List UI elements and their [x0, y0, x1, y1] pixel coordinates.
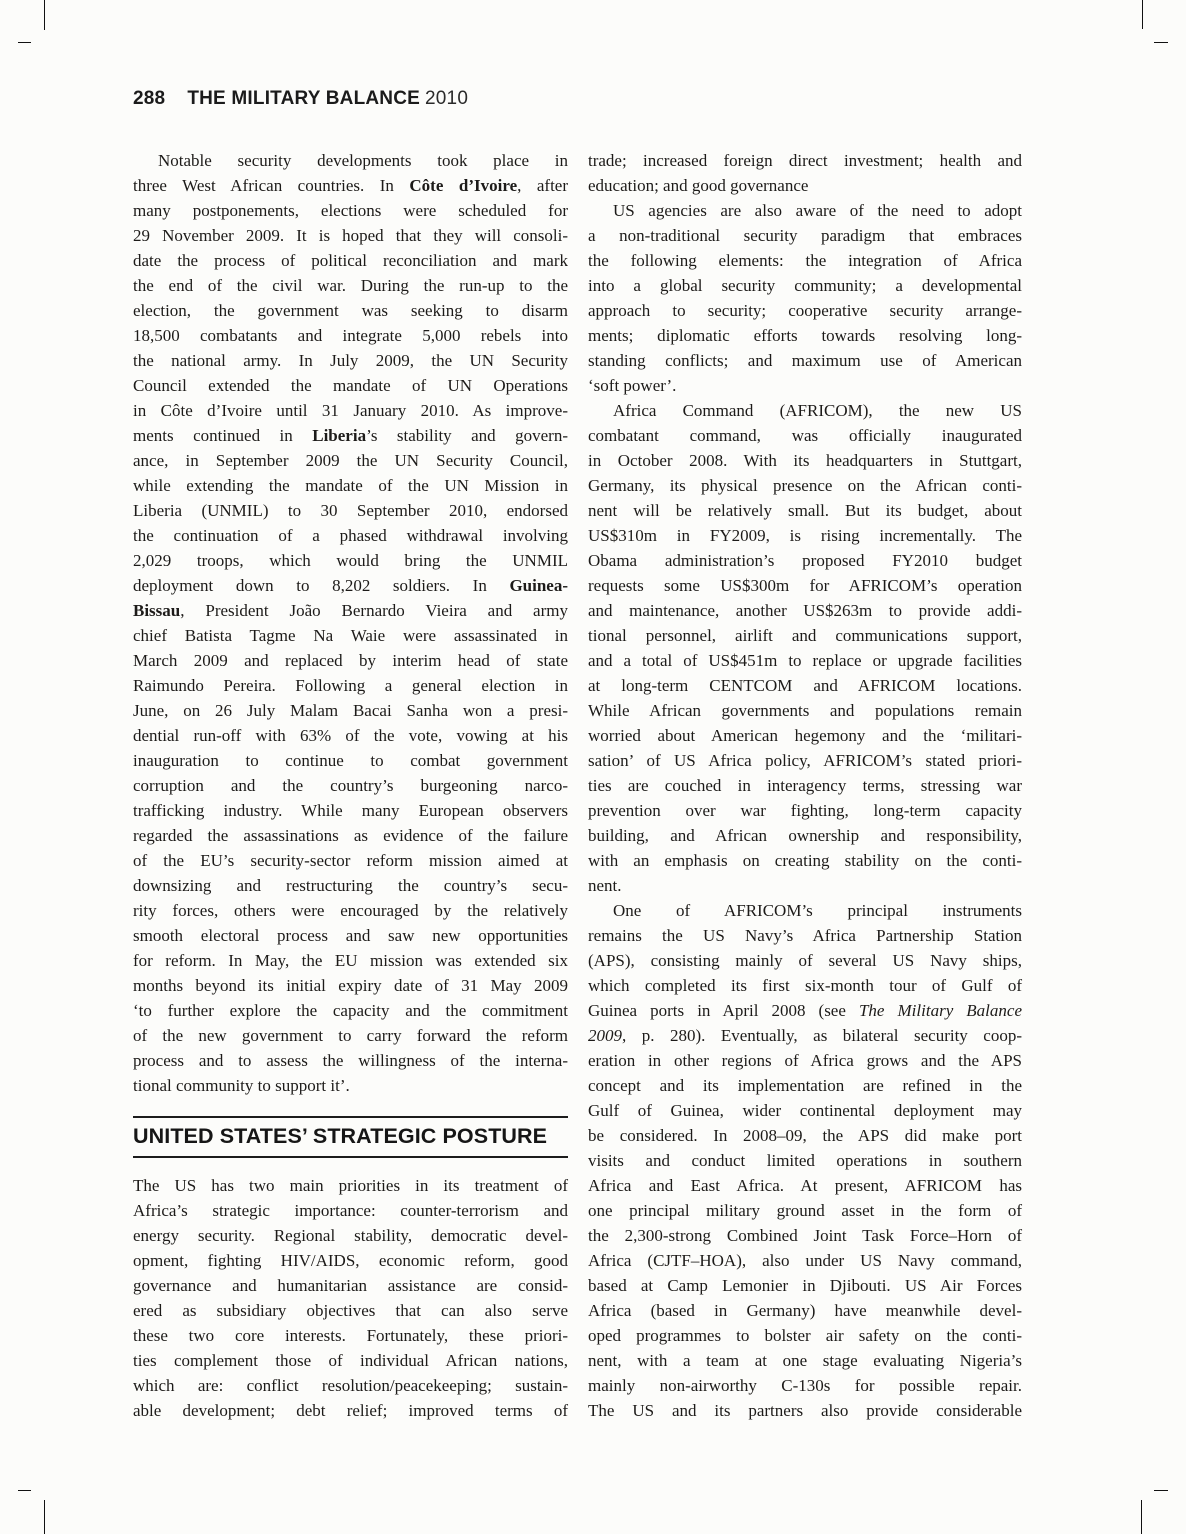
- text-line: US$310m in FY2009, is rising incremental…: [588, 523, 1022, 548]
- text-line: for reform. In May, the EU mission was e…: [133, 948, 568, 973]
- text-line: many postponements, elections were sched…: [133, 198, 568, 223]
- text-line: building, and African ownership and resp…: [588, 823, 1022, 848]
- text-line: prevention over war fighting, long-term …: [588, 798, 1022, 823]
- text-line: One of AFRICOM’s principal instruments: [588, 898, 1022, 923]
- text-line: 29 November 2009. It is hoped that they …: [133, 223, 568, 248]
- crop-mark-bottom-right-vertical: [1141, 1500, 1142, 1534]
- text-line: ‘to further explore the capacity and the…: [133, 998, 568, 1023]
- text-line: ties are couched in interagency terms, s…: [588, 773, 1022, 798]
- text-line: US agencies are also aware of the need t…: [588, 198, 1022, 223]
- text-line: Bissau, President João Bernardo Vieira a…: [133, 598, 568, 623]
- text-line: be considered. In 2008–09, the APS did m…: [588, 1123, 1022, 1148]
- text-line: into a global security community; a deve…: [588, 273, 1022, 298]
- text-line: eration in other regions of Africa grows…: [588, 1048, 1022, 1073]
- crop-mark-top-right-vertical: [1142, 0, 1143, 29]
- text-line: these two core interests. Fortunately, t…: [133, 1323, 568, 1348]
- text-line: opment, fighting HIV/AIDS, economic refo…: [133, 1248, 568, 1273]
- text-line: election, the government was seeking to …: [133, 298, 568, 323]
- text-line: (APS), consisting mainly of several US N…: [588, 948, 1022, 973]
- crop-mark-bottom-left-horizontal: [18, 1490, 31, 1491]
- text-line: concept and its implementation are refin…: [588, 1073, 1022, 1098]
- text-line: in Côte d’Ivoire until 31 January 2010. …: [133, 398, 568, 423]
- book-year: 2010: [425, 88, 468, 109]
- text-line: Council extended the mandate of UN Opera…: [133, 373, 568, 398]
- crop-mark-bottom-right-horizontal: [1154, 1490, 1168, 1491]
- text-line: Africa (based in Germany) have meanwhile…: [588, 1298, 1022, 1323]
- text-line: three West African countries. In Côte d’…: [133, 173, 568, 198]
- text-line: chief Batista Tagme Na Waie were assassi…: [133, 623, 568, 648]
- text-line: ered as subsidiary objectives that can a…: [133, 1298, 568, 1323]
- text-line: The US has two main priorities in its tr…: [133, 1173, 568, 1198]
- text-line: While African governments and population…: [588, 698, 1022, 723]
- text-line: Germany, its physical presence on the Af…: [588, 473, 1022, 498]
- text-line: standing conflicts; and maximum use of A…: [588, 348, 1022, 373]
- text-line: with an emphasis on creating stability o…: [588, 848, 1022, 873]
- text-line: of the EU’s security-sector reform missi…: [133, 848, 568, 873]
- text-line: visits and conduct limited operations in…: [588, 1148, 1022, 1173]
- text-line: trade; increased foreign direct investme…: [588, 148, 1022, 173]
- text-line: June, on 26 July Malam Bacai Sanha won a…: [133, 698, 568, 723]
- text-line: nent.: [588, 873, 1022, 898]
- text-line: while extending the mandate of the UN Mi…: [133, 473, 568, 498]
- text-line: Africa Command (AFRICOM), the new US: [588, 398, 1022, 423]
- text-line: process and to assess the willingness of…: [133, 1048, 568, 1073]
- text-line: 2,029 troops, which would bring the UNMI…: [133, 548, 568, 573]
- text-line: Africa (CJTF–HOA), also under US Navy co…: [588, 1248, 1022, 1273]
- text-line: education; and good governance: [588, 173, 1022, 198]
- text-line: based at Camp Lemonier in Djibouti. US A…: [588, 1273, 1022, 1298]
- text-line: governance and humanitarian assistance a…: [133, 1273, 568, 1298]
- text-line: ments continued in Liberia’s stability a…: [133, 423, 568, 448]
- book-title: THE MILITARY BALANCE: [187, 88, 420, 109]
- text-line: able development; debt relief; improved …: [133, 1398, 568, 1423]
- crop-mark-top-left-horizontal: [18, 42, 31, 43]
- text-line: Africa’s strategic importance: counter-t…: [133, 1198, 568, 1223]
- text-line: ance, in September 2009 the UN Security …: [133, 448, 568, 473]
- text-line: inauguration to continue to combat gover…: [133, 748, 568, 773]
- text-line: date the process of political reconcilia…: [133, 248, 568, 273]
- text-line: oped programmes to bolster air safety on…: [588, 1323, 1022, 1348]
- crop-mark-bottom-left-vertical: [44, 1500, 45, 1534]
- text-line: Guinea ports in April 2008 (see The Mili…: [588, 998, 1022, 1023]
- text-line: requests some US$300m for AFRICOM’s oper…: [588, 573, 1022, 598]
- text-line: nent will be relatively small. But its b…: [588, 498, 1022, 523]
- text-line: ments; diplomatic efforts towards resolv…: [588, 323, 1022, 348]
- text-line: 18,500 combatants and integrate 5,000 re…: [133, 323, 568, 348]
- text-line: the following elements: the integration …: [588, 248, 1022, 273]
- text-line: smooth electoral process and saw new opp…: [133, 923, 568, 948]
- text-line: Notable security developments took place…: [133, 148, 568, 173]
- text-line: combatant command, was officially inaugu…: [588, 423, 1022, 448]
- text-line: deployment down to 8,202 soldiers. In Gu…: [133, 573, 568, 598]
- text-line: the 2,300-strong Combined Joint Task For…: [588, 1223, 1022, 1248]
- text-line: mainly non-airworthy C-130s for possible…: [588, 1373, 1022, 1398]
- page-number: 288: [133, 88, 165, 109]
- text-line: 2009, p. 280). Eventually, as bilateral …: [588, 1023, 1022, 1048]
- text-line: worried about American hegemony and the …: [588, 723, 1022, 748]
- text-line: energy security. Regional stability, dem…: [133, 1223, 568, 1248]
- text-line: at long-term CENTCOM and AFRICOM locatio…: [588, 673, 1022, 698]
- text-line: Raimundo Pereira. Following a general el…: [133, 673, 568, 698]
- text-line: the end of the civil war. During the run…: [133, 273, 568, 298]
- text-line: ‘soft power’.: [588, 373, 1022, 398]
- text-line: and maintenance, another US$263m to prov…: [588, 598, 1022, 623]
- text-line: Africa and East Africa. At present, AFRI…: [588, 1173, 1022, 1198]
- text-line: months beyond its initial expiry date of…: [133, 973, 568, 998]
- text-line: and a total of US$451m to replace or upg…: [588, 648, 1022, 673]
- section-heading: UNITED STATES’ STRATEGIC POSTURE: [133, 1116, 568, 1158]
- text-line: the national army. In July 2009, the UN …: [133, 348, 568, 373]
- text-line: rity forces, others were encouraged by t…: [133, 898, 568, 923]
- left-column: Notable security developments took place…: [133, 148, 568, 1423]
- text-line: Obama administration’s proposed FY2010 b…: [588, 548, 1022, 573]
- text-line: which completed its first six-month tour…: [588, 973, 1022, 998]
- text-line: which are: conflict resolution/peacekeep…: [133, 1373, 568, 1398]
- text-line: remains the US Navy’s Africa Partnership…: [588, 923, 1022, 948]
- text-line: approach to security; cooperative securi…: [588, 298, 1022, 323]
- text-line: one principal military ground asset in t…: [588, 1198, 1022, 1223]
- text-line: sation’ of US Africa policy, AFRICOM’s s…: [588, 748, 1022, 773]
- text-line: a non-traditional security paradigm that…: [588, 223, 1022, 248]
- right-column: trade; increased foreign direct investme…: [588, 148, 1022, 1423]
- crop-mark-top-right-horizontal: [1154, 42, 1168, 43]
- text-line: downsizing and restructuring the country…: [133, 873, 568, 898]
- running-header: 288THE MILITARY BALANCE2010: [133, 88, 468, 110]
- text-line: ties complement those of individual Afri…: [133, 1348, 568, 1373]
- crop-mark-top-left-vertical: [44, 0, 45, 30]
- text-line: Liberia (UNMIL) to 30 September 2010, en…: [133, 498, 568, 523]
- text-line: the continuation of a phased withdrawal …: [133, 523, 568, 548]
- text-line: Gulf of Guinea, wider continental deploy…: [588, 1098, 1022, 1123]
- text-line: March 2009 and replaced by interim head …: [133, 648, 568, 673]
- text-line: in October 2008. With its headquarters i…: [588, 448, 1022, 473]
- book-page: 288THE MILITARY BALANCE2010 Notable secu…: [0, 0, 1186, 1534]
- text-line: tional personnel, airlift and communicat…: [588, 623, 1022, 648]
- text-line: dential run-off with 63% of the vote, vo…: [133, 723, 568, 748]
- text-line: nent, with a team at one stage evaluatin…: [588, 1348, 1022, 1373]
- text-line: regarded the assassinations as evidence …: [133, 823, 568, 848]
- text-line: tional community to support it’.: [133, 1073, 568, 1098]
- text-line: of the new government to carry forward t…: [133, 1023, 568, 1048]
- text-line: corruption and the country’s burgeoning …: [133, 773, 568, 798]
- text-line: trafficking industry. While many Europea…: [133, 798, 568, 823]
- text-line: The US and its partners also provide con…: [588, 1398, 1022, 1423]
